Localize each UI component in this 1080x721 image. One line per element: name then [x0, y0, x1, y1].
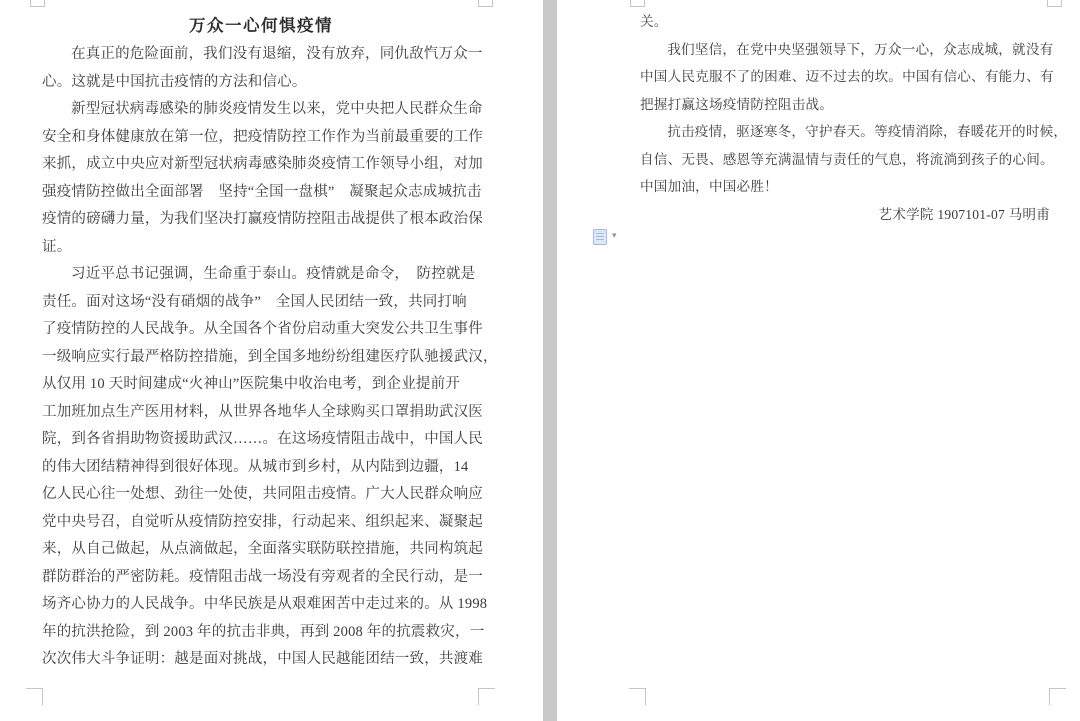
text-line[interactable]: 自信、无畏、感恩等充满温情与责任的气息，将流淌到孩子的心间。: [640, 146, 1050, 174]
text-line[interactable]: 院，到各省捐助物资援助武汉……。在这场疫情阻击战中，中国人民: [42, 426, 480, 454]
paste-options-button[interactable]: ▾: [593, 228, 627, 245]
text-boundary-mark: [478, 0, 493, 7]
text-line[interactable]: 责任。面对这场“没有硝烟的战争” 全国人民团结一致，共同打响: [42, 289, 480, 317]
text-line[interactable]: 来抓，成立中央应对新型冠状病毒感染肺炎疫情工作领导小组，对加: [42, 151, 480, 179]
text-line[interactable]: 强疫情防控做出全面部署 坚持“全国一盘棋” 凝聚起众志成城抗击: [42, 179, 480, 207]
text-line[interactable]: 心。这就是中国抗击疫情的方法和信心。: [42, 69, 480, 97]
text-line[interactable]: 了疫情防控的人民战争。从全国各个省份启动重大突发公共卫生事件: [42, 316, 480, 344]
text-line[interactable]: 把握打赢这场疫情防控阻击战。: [640, 91, 1050, 119]
text-line[interactable]: 来，从自己做起，从点滴做起，全面落实联防联控措施，共同构筑起: [42, 536, 480, 564]
text-line[interactable]: 亿人民心往一处想、劲往一处使，共同阻击疫情。广大人民群众响应: [42, 481, 480, 509]
page-1-body[interactable]: 在真正的危险面前，我们没有退缩，没有放弃，同仇敌忾万众一心。这就是中国抗击疫情的…: [42, 41, 480, 674]
text-boundary-mark: [630, 0, 645, 7]
text-boundary-mark: [1047, 0, 1062, 7]
text-line[interactable]: 工加班加点生产医用材料，从世界各地华人全球购买口罩捐助武汉医: [42, 399, 480, 427]
text-line[interactable]: 的伟大团结精神得到很好体现。从城市到乡村，从内陆到边疆，14: [42, 454, 480, 482]
text-line[interactable]: 场齐心协力的人民战争。中华民族是从艰难困苦中走过来的。从 1998: [42, 591, 480, 619]
text-line[interactable]: 新型冠状病毒感染的肺炎疫情发生以来，党中央把人民群众生命: [42, 96, 480, 124]
chevron-down-icon[interactable]: ▾: [612, 228, 617, 245]
text-line[interactable]: 抗击疫情，驱逐寒冬，守护春天。等疫情消除，春暖花开的时候，: [640, 118, 1050, 146]
text-line[interactable]: 一级响应实行最严格防控措施，到全国多地纷纷组建医疗队驰援武汉，: [42, 344, 480, 372]
paste-options-icon[interactable]: [593, 229, 607, 245]
text-line[interactable]: 疫情的磅礴力量，为我们坚决打赢疫情防控阻击战提供了根本政治保: [42, 206, 480, 234]
text-line[interactable]: 中国加油，中国必胜！: [640, 173, 1050, 201]
text-line[interactable]: 关。: [640, 8, 1050, 36]
page-2[interactable]: 关。我们坚信，在党中央坚强领导下，万众一心，众志成城，就没有中国人民克服不了的困…: [557, 0, 1080, 721]
text-boundary-mark: [1049, 688, 1066, 705]
text-line[interactable]: 中国人民克服不了的困难、迈不过去的坎。中国有信心、有能力、有: [640, 63, 1050, 91]
page-1[interactable]: 万众一心何惧疫情 在真正的危险面前，我们没有退缩，没有放弃，同仇敌忾万众一心。这…: [0, 0, 543, 721]
page-gap: [543, 0, 557, 721]
text-boundary-mark: [26, 688, 43, 705]
text-boundary-mark: [629, 688, 646, 705]
document-canvas: 万众一心何惧疫情 在真正的危险面前，我们没有退缩，没有放弃，同仇敌忾万众一心。这…: [0, 0, 1080, 721]
text-line[interactable]: 从仅用 10 天时间建成“火神山”医院集中收治电考，到企业提前开: [42, 371, 480, 399]
signature-line[interactable]: 艺术学院 1907101-07 马明甫: [640, 201, 1050, 229]
text-line[interactable]: 我们坚信，在党中央坚强领导下，万众一心，众志成城，就没有: [640, 36, 1050, 64]
text-line[interactable]: 党中央号召，自觉听从疫情防控安排，行动起来、组织起来、凝聚起: [42, 509, 480, 537]
text-line[interactable]: 安全和身体健康放在第一位，把疫情防控工作作为当前最重要的工作: [42, 124, 480, 152]
text-line[interactable]: 证。: [42, 234, 480, 262]
text-line[interactable]: 习近平总书记强调，生命重于泰山。疫情就是命令， 防控就是: [42, 261, 480, 289]
document-title[interactable]: 万众一心何惧疫情: [42, 10, 480, 41]
page-2-body[interactable]: 关。我们坚信，在党中央坚强领导下，万众一心，众志成城，就没有中国人民克服不了的困…: [640, 8, 1050, 228]
text-boundary-mark: [478, 688, 495, 705]
text-line[interactable]: 群防群治的严密防耗。疫情阻击战一场没有旁观者的全民行动，是一: [42, 564, 480, 592]
text-boundary-mark: [30, 0, 45, 7]
text-line[interactable]: 在真正的危险面前，我们没有退缩，没有放弃，同仇敌忾万众一: [42, 41, 480, 69]
text-line[interactable]: 年的抗洪抢险，到 2003 年的抗击非典，再到 2008 年的抗震救灾，一: [42, 619, 480, 647]
text-line[interactable]: 次次伟大斗争证明：越是面对挑战，中国人民越能团结一致，共渡难: [42, 646, 480, 674]
